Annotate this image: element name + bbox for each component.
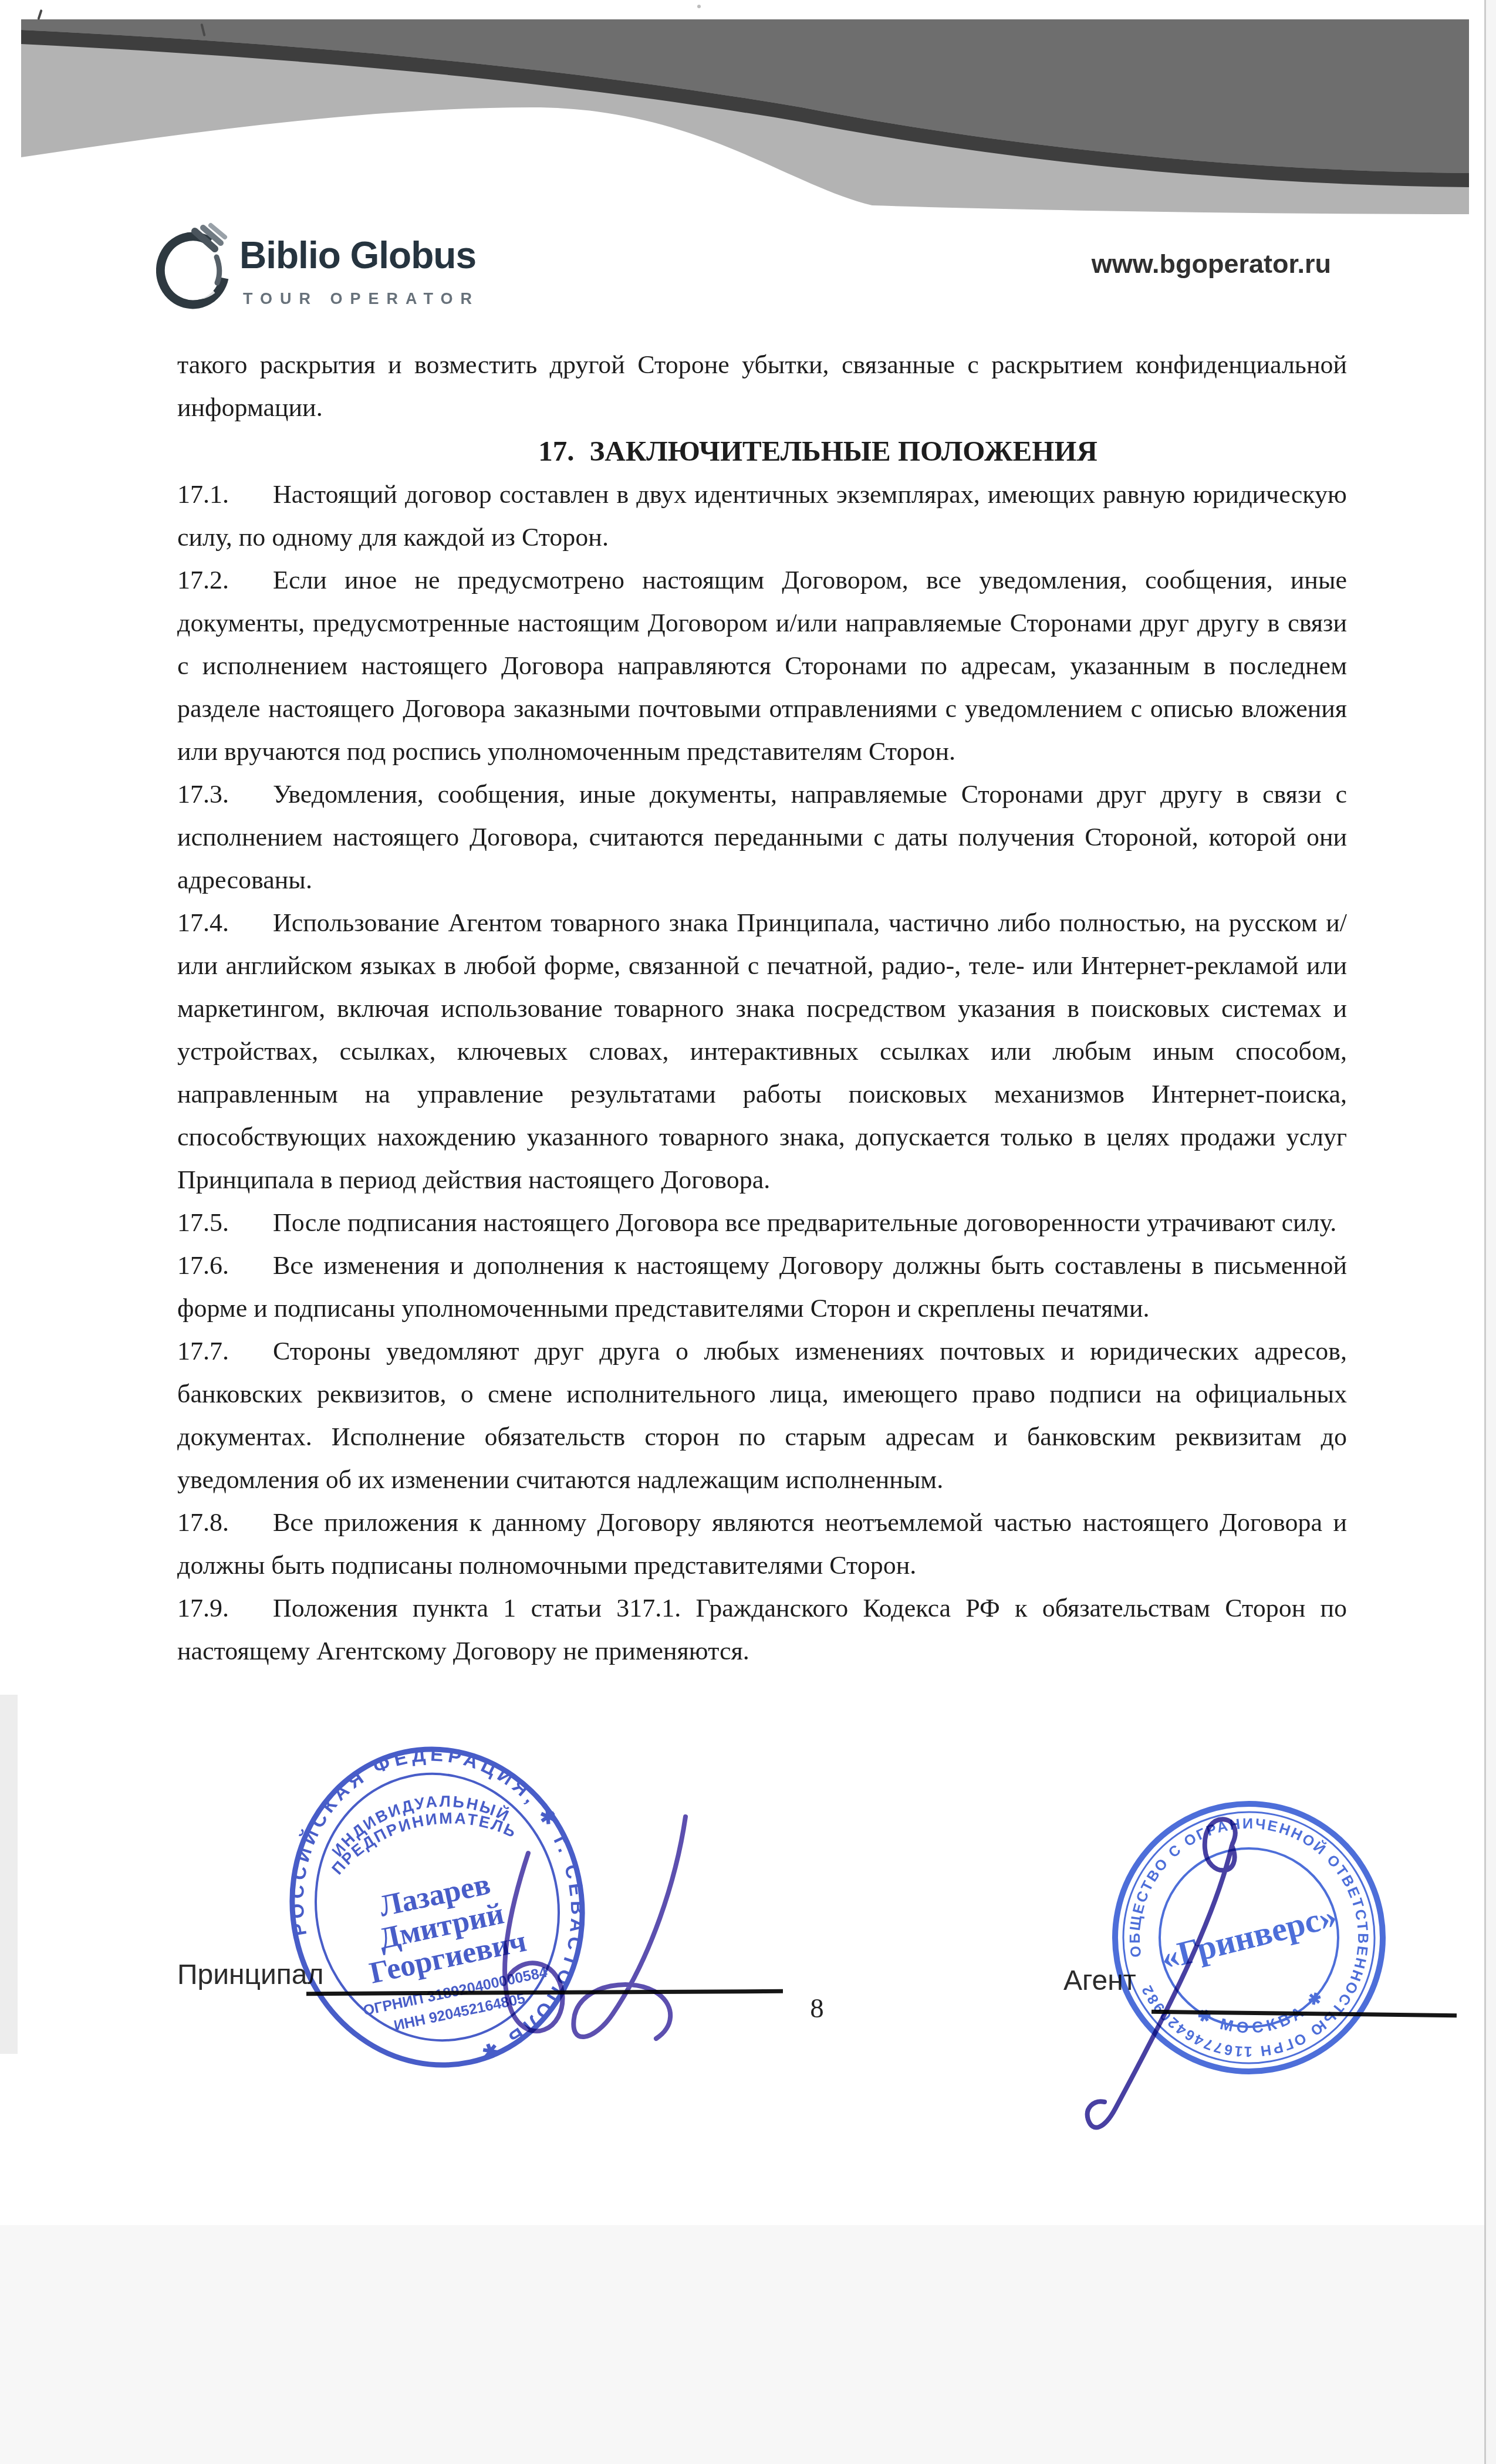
clause-number: 17.4. (177, 901, 273, 944)
clause-text: Уведомления, сообщения, иные документы, … (177, 780, 1347, 894)
clause-17-9: 17.9.Положения пункта 1 статьи 317.1. Гр… (177, 1587, 1347, 1672)
clause-number: 17.6. (177, 1244, 273, 1287)
clause-text: Стороны уведомляют друг друга о любых из… (177, 1337, 1347, 1494)
clause-number: 17.8. (177, 1501, 273, 1544)
clause-number: 17.3. (177, 773, 273, 816)
clause-number: 17.9. (177, 1587, 273, 1630)
scan-speck (697, 5, 701, 8)
section-number: 17. (538, 435, 574, 467)
scan-right-edge-strip (1486, 0, 1496, 2464)
clause-17-5: 17.5.После подписания настоящего Договор… (177, 1201, 1347, 1244)
logo-subtitle: TOUR OPERATOR (243, 290, 479, 308)
clause-17-7: 17.7.Стороны уведомляют друг друга о люб… (177, 1330, 1347, 1501)
section-heading: 17.ЗАКЛЮЧИТЕЛЬНЫЕ ПОЛОЖЕНИЯ (177, 429, 1347, 473)
biblio-globus-logo-icon (156, 222, 238, 316)
clause-17-4: 17.4.Использование Агентом товарного зна… (177, 901, 1347, 1201)
clause-text: Все изменения и дополнения к настоящему … (177, 1251, 1347, 1323)
scan-speck (37, 9, 42, 20)
agent-stamp-center-text: «Гринверс» (1157, 1897, 1340, 1977)
clause-number: 17.5. (177, 1201, 273, 1244)
clause-17-6: 17.6.Все изменения и дополнения к настоя… (177, 1244, 1347, 1330)
clause-17-1: 17.1.Настоящий договор составлен в двух … (177, 473, 1347, 559)
clause-text: Использование Агентом товарного знака Пр… (177, 908, 1347, 1194)
clause-number: 17.7. (177, 1330, 273, 1373)
principal-stamp: РОССИЙСКАЯ ФЕДЕРАЦИЯ, ✱ г. СЕВАСТОПОЛЬ ✱… (267, 1724, 607, 2090)
scanned-contract-page: Biblio Globus TOUR OPERATOR www.bgoperat… (0, 0, 1496, 2464)
clause-number: 17.1. (177, 473, 273, 516)
header-wave-banner (21, 19, 1469, 254)
website-url: www.bgoperator.ru (998, 249, 1331, 279)
contract-body: такого раскрытия и возместить другой Сто… (177, 343, 1347, 1672)
page-number: 8 (793, 1993, 840, 2024)
clause-text: Все приложения к данному Договору являют… (177, 1508, 1347, 1580)
clause-text: После подписания настоящего Договора все… (273, 1208, 1336, 1237)
clause-text: Настоящий договор составлен в двух идент… (177, 480, 1347, 552)
clause-17-8: 17.8.Все приложения к данному Договору я… (177, 1501, 1347, 1587)
clause-17-3: 17.3.Уведомления, сообщения, иные докуме… (177, 773, 1347, 901)
globe-icon (156, 222, 238, 316)
logo-title: Biblio Globus (239, 234, 476, 277)
wave-graphic (21, 19, 1469, 254)
scan-bottom-band (0, 2225, 1496, 2464)
clause-17-2: 17.2.Если иное не предусмотрено настоящи… (177, 559, 1347, 773)
clause-text: Если иное не предусмотрено настоящим Дог… (177, 566, 1347, 766)
scan-left-edge-strip (0, 1695, 18, 2054)
clause-text: Положения пункта 1 статьи 317.1. Граждан… (177, 1594, 1347, 1665)
section-title: ЗАКЛЮЧИТЕЛЬНЫЕ ПОЛОЖЕНИЯ (589, 435, 1097, 467)
agent-stamp: ОБЩЕСТВО С ОГРАНИЧЕННОЙ ОТВЕТСТВЕННОСТЬЮ… (1102, 1784, 1396, 2091)
preamble-paragraph: такого раскрытия и возместить другой Сто… (177, 343, 1347, 429)
clause-number: 17.2. (177, 559, 273, 601)
